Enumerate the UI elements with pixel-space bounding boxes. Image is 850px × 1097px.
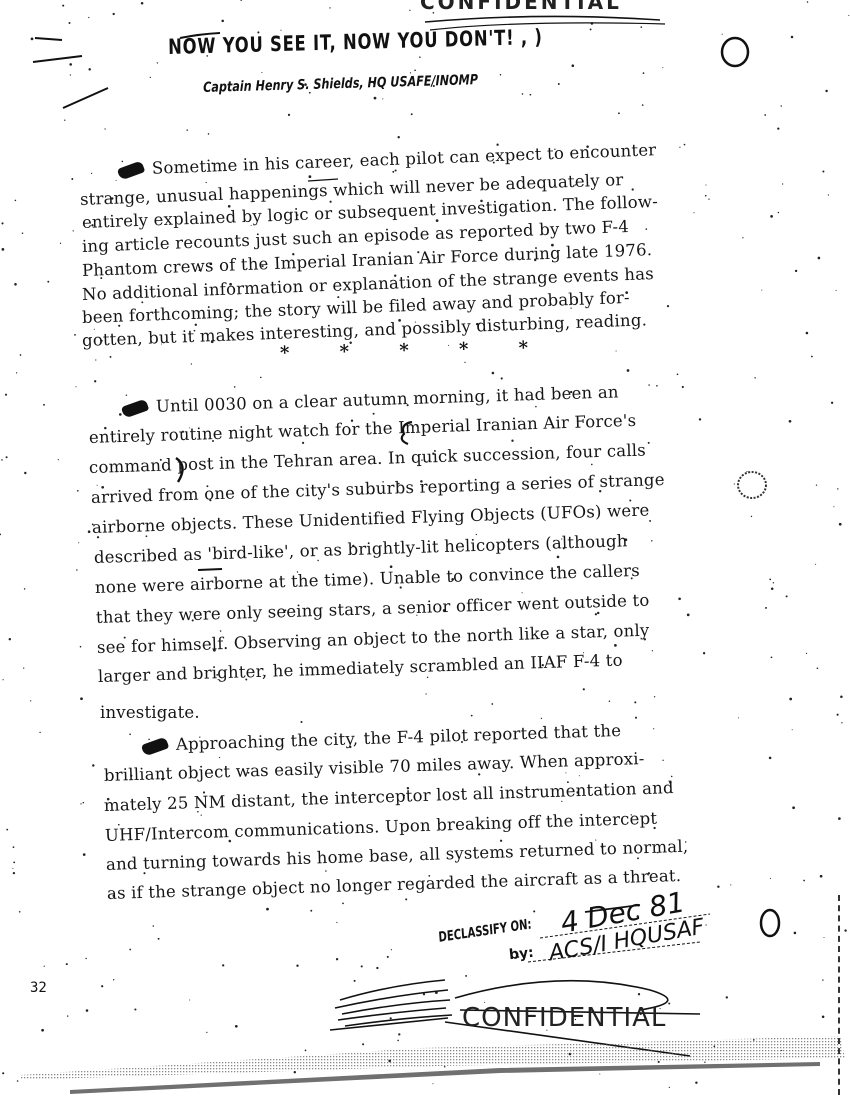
text-line: larger and brighter, he immediately scra… [98, 651, 623, 686]
declassify-by-label: by: [508, 945, 534, 963]
text-line: described as 'bird-like', or as brightly… [94, 531, 628, 567]
text-line: brilliant object was easily visible 70 m… [104, 749, 645, 785]
text-line: airborne objects. These Unidentified Fly… [92, 500, 650, 537]
text-line: mately 25 NM distant, the interceptor lo… [104, 778, 674, 815]
redaction-mark-icon [141, 736, 170, 756]
classification-stamp-footer: CONFIDENTIAL [462, 1003, 666, 1033]
text-line: none were airborne at the time). Unable … [95, 561, 640, 597]
text-line: investigate. [100, 703, 200, 722]
text-line: as if the strange object no longer regar… [107, 866, 682, 903]
classification-stamp-header: CONFIDENTIAL [420, 0, 622, 14]
section-separator: * * * * * [280, 337, 551, 364]
text-line: Until 0030 on a clear autumn morning, it… [122, 382, 619, 417]
text-line: that they were only seeing stars, a seni… [96, 591, 650, 627]
redaction-mark-icon [117, 160, 146, 180]
redaction-mark-icon [121, 398, 150, 418]
page-edge-rule [838, 895, 840, 1095]
text-line: arrived from one of the city's suburbs r… [91, 470, 665, 507]
article-title: NOW YOU SEE IT, NOW YOU DON'T! , ) [168, 25, 543, 59]
circled-mark-middle-right [738, 472, 766, 498]
declassify-label: DECLASSIFY ON: [438, 916, 532, 945]
circled-mark-bottom-right [761, 910, 779, 936]
circled-mark-top-right [722, 38, 748, 66]
page-number: 32 [30, 980, 47, 996]
text-line: Approaching the city, the F-4 pilot repo… [142, 721, 622, 755]
document-page: CONFIDENTIAL NOW YOU SEE IT, NOW YOU DON… [0, 0, 850, 1097]
text-line: command post in the Tehran area. In quic… [89, 441, 646, 477]
text-line: entirely routine night watch for the Imp… [89, 411, 637, 447]
article-byline: Captain Henry S. Shields, HQ USAFE/INOMP [203, 72, 478, 96]
